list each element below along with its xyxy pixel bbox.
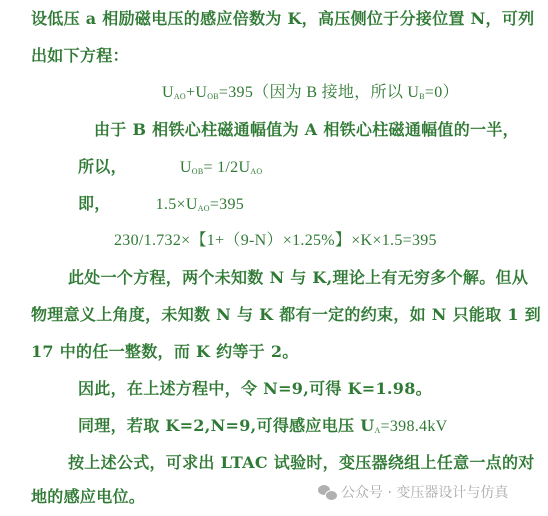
eq2-sub-ao: AO: [250, 167, 262, 176]
eq1-end: =0）: [425, 84, 459, 101]
eq2-label: 所以，: [78, 157, 127, 176]
equation-3: 即，1.5×UAO=395: [78, 194, 244, 215]
document-page: 设低压 a 相励磁电压的感应倍数为 K，高压侧位于分接位置 N，可列 出如下方程…: [0, 0, 548, 516]
eq3-sub-ao: AO: [198, 204, 210, 213]
equation-1: UAO+UOB=395（因为 B 接地，所以 UB=0）: [162, 83, 459, 103]
eq2-sub-ob: OB: [192, 167, 204, 176]
eq1-rest: =395（因为 B 接地，所以 U: [219, 84, 419, 101]
eq3-label: 即，: [78, 194, 111, 213]
eq1-sub-ao: AO: [174, 92, 186, 101]
paragraph-1-line-2: 出如下方程：: [31, 46, 129, 66]
watermark: 公众号 · 变压器设计与仿真: [318, 482, 508, 502]
equation-2: 所以，UOB= 1/2UAO: [78, 157, 262, 178]
eq1-plus-u: +U: [186, 84, 207, 101]
paragraph-3-line-2: 物理意义上角度，未知数 N 与 K 都有一定的约束，如 N 只能取 1 到: [31, 305, 541, 325]
p5-post: =398.4kV: [381, 418, 448, 435]
wechat-icon: [318, 485, 336, 500]
equation-4: 230/1.732×【1+（9-N）×1.25%】×K×1.5=395: [114, 231, 437, 251]
paragraph-4: 因此，在上述方程中，令 N=9,可得 K=1.98。: [78, 379, 432, 399]
p5-pre: 同理，若取 K=2,N=9,可得感应电压 U: [78, 416, 374, 435]
eq2-mid: = 1/2U: [203, 159, 250, 176]
eq2-u: U: [180, 159, 192, 176]
watermark-text: 公众号 · 变压器设计与仿真: [341, 482, 508, 502]
paragraph-1-line-1: 设低压 a 相励磁电压的感应倍数为 K，高压侧位于分接位置 N，可列: [31, 9, 534, 29]
paragraph-3-line-3: 17 中的任一整数，而 K 约等于 2。: [31, 342, 299, 362]
paragraph-5: 同理，若取 K=2,N=9,可得感应电压 UA=398.4kV: [78, 416, 448, 437]
paragraph-2: 由于 B 相铁心柱磁通幅值为 A 相铁心柱磁通幅值的一半，: [94, 120, 519, 140]
eq1-u: U: [162, 84, 174, 101]
paragraph-6-line-2: 地的感应电位。: [31, 487, 145, 507]
eq1-sub-ob: OB: [207, 92, 219, 101]
paragraph-6-line-1: 按上述公式，可求出 LTAC 试验时，变压器绕组上任意一点的对: [68, 453, 535, 473]
eq3-pre: 1.5×U: [156, 196, 198, 213]
paragraph-3-line-1: 此处一个方程，两个未知数 N 与 K,理论上有无穷多个解。但从: [68, 268, 528, 288]
eq3-post: =395: [210, 196, 244, 213]
